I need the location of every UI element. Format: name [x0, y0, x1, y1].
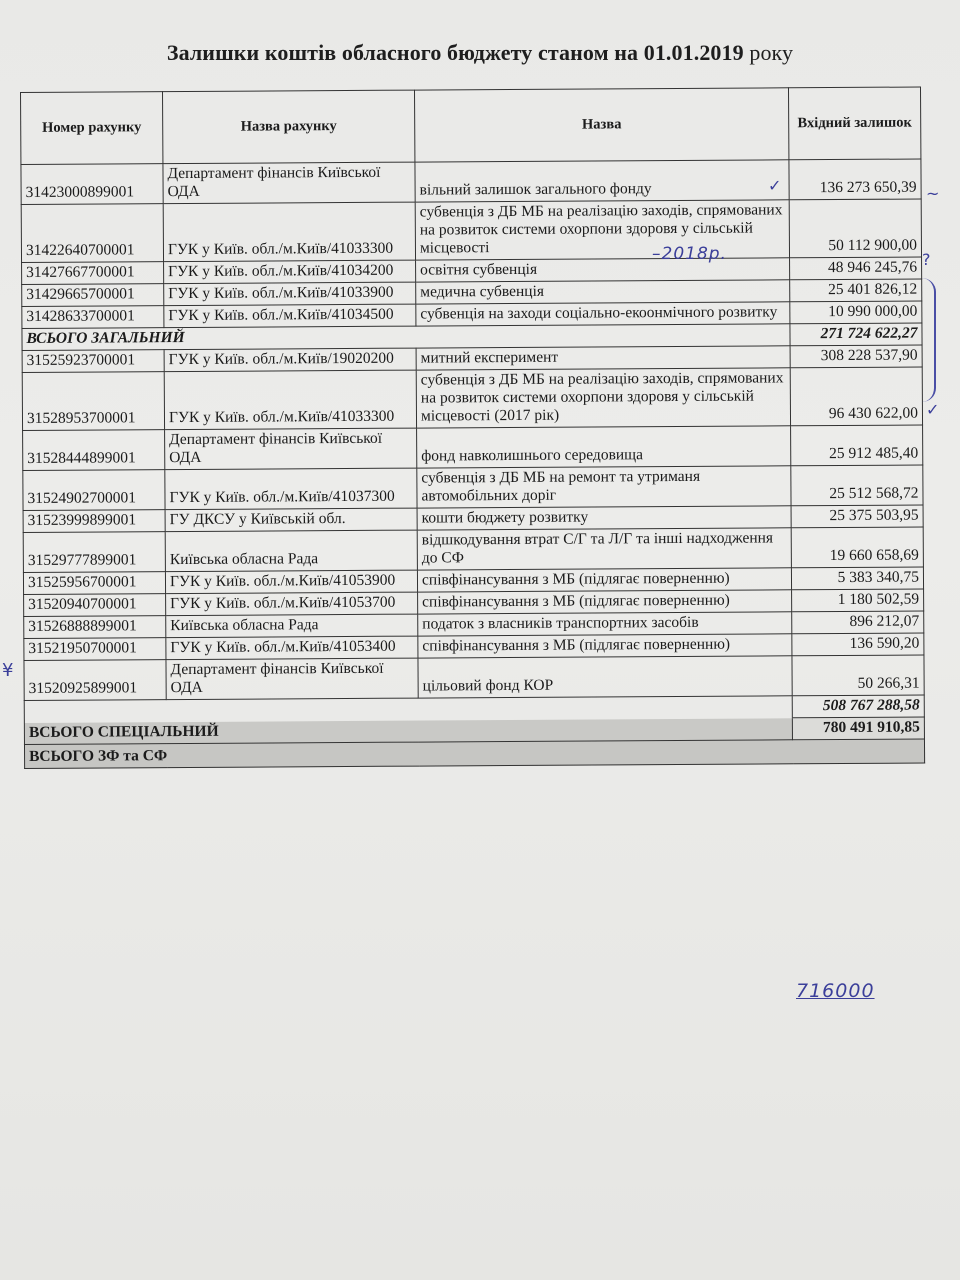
header-name: Назва	[414, 88, 788, 162]
item-name-cell: медична субвенція	[416, 280, 790, 304]
account-name-cell: ГУ ДКСУ у Київській обл.	[165, 508, 417, 532]
item-name-cell: освітня субвенція	[416, 258, 790, 282]
item-name-cell: субвенція на заходи соціально-екоонмічно…	[416, 302, 790, 326]
item-name-cell: співфінансування з МБ (підлягає повернен…	[417, 568, 791, 592]
item-name-cell: відшкодування втрат С/Г та Л/Г та інші н…	[417, 528, 791, 570]
item-name-cell: цільовий фонд КОР	[418, 656, 792, 698]
balance-cell: 896 212,07	[792, 611, 924, 634]
header-opening-balance: Вхідний залишок	[788, 87, 920, 160]
general-total-value: 271 724 622,27	[790, 323, 922, 346]
account-name-cell: ГУК у Київ. обл./м.Київ/41053700	[166, 592, 418, 616]
special-total-value: 508 767 288,58	[792, 695, 924, 718]
item-name-cell: податок з власників транспортних засобів	[418, 612, 792, 636]
header-account-number: Номер рахунку	[21, 92, 163, 165]
account-number-cell: 31525956700001	[23, 572, 165, 595]
handwritten-margin-mark-icon: ¥	[2, 660, 13, 681]
account-name-cell: ГУК у Київ. обл./м.Київ/41033300	[164, 370, 416, 430]
account-number-cell: 31429665700001	[22, 284, 164, 307]
account-number-cell: 31524902700001	[23, 470, 165, 511]
table-row: 31524902700001ГУК у Київ. обл./м.Київ/41…	[23, 465, 923, 510]
item-name-cell: субвенція з ДБ МБ на ремонт та утриманя …	[417, 466, 791, 508]
balance-cell: 10 990 000,00	[790, 301, 922, 324]
item-name-cell: митний експеримент	[416, 346, 790, 370]
account-number-cell: 31528444899001	[23, 430, 165, 471]
item-name-cell: субвенція з ДБ МБ на реалізацію заходів,…	[415, 200, 789, 260]
item-name-cell: вільний залишок загального фонду	[415, 160, 789, 202]
account-number-cell: 31422640700001	[21, 204, 163, 263]
account-number-cell: 31423000899001	[21, 164, 163, 205]
handwritten-tick-icon: ✓	[926, 400, 939, 419]
handwritten-bracket-icon: ?	[922, 250, 931, 269]
header-account-name: Назва рахунку	[163, 90, 415, 164]
table-row: 31528444899001Департамент фінансів Київс…	[23, 425, 923, 470]
grand-total-row: ВСЬОГО ЗФ та СФ	[24, 739, 924, 768]
balance-cell: 50 112 900,00	[789, 199, 921, 258]
handwritten-year-note: –2018р.	[652, 244, 727, 264]
scanned-document-page: Залишки коштів обласного бюджету станом …	[0, 0, 960, 1280]
item-name-cell: співфінансування з МБ (підлягає повернен…	[418, 590, 792, 614]
item-name-cell: співфінансування з МБ (підлягає повернен…	[418, 634, 792, 658]
grand-total-label: ВСЬОГО ЗФ та СФ	[24, 739, 924, 768]
account-name-cell: ГУК у Київ. обл./м.Київ/41053900	[165, 570, 417, 594]
account-name-cell: ГУК у Київ. обл./м.Київ/41033300	[163, 202, 415, 262]
account-name-cell: Департамент фінансів Київської ОДА	[165, 428, 417, 470]
account-number-cell: 31428633700001	[22, 306, 164, 329]
title-tail: року	[749, 40, 793, 65]
account-number-cell: 31523999899001	[23, 510, 165, 533]
account-name-cell: ГУК у Київ. обл./м.Київ/41034500	[164, 304, 416, 328]
balance-cell: 25 401 826,12	[790, 279, 922, 302]
account-number-cell: 31529777899001	[23, 532, 165, 573]
general-fund-rows: 31423000899001Департамент фінансів Київс…	[21, 159, 922, 328]
document-title: Залишки коштів обласного бюджету станом …	[0, 40, 960, 66]
handwritten-tick-icon: ~	[926, 184, 939, 203]
handwritten-check-icon: ✓	[768, 176, 781, 195]
account-name-cell: ГУК у Київ. обл./м.Київ/41037300	[165, 468, 417, 510]
table-row: 31528953700001ГУК у Київ. обл./м.Київ/41…	[22, 367, 922, 430]
account-name-cell: Київська обласна Рада	[166, 614, 418, 638]
account-name-cell: Департамент фінансів Київської ОДА	[166, 658, 418, 700]
balance-cell: 25 512 568,72	[791, 465, 923, 506]
balance-cell: 19 660 658,69	[791, 527, 923, 568]
balance-cell: 308 228 537,90	[790, 345, 922, 368]
account-name-cell: ГУК у Київ. обл./м.Київ/41034200	[164, 260, 416, 284]
balance-cell: 96 430 622,00	[790, 367, 922, 426]
account-number-cell: 31520940700001	[24, 594, 166, 617]
account-name-cell: ГУК у Київ. обл./м.Київ/41033900	[164, 282, 416, 306]
balance-cell: 5 383 340,75	[791, 567, 923, 590]
balance-cell: 1 180 502,59	[792, 589, 924, 612]
balance-cell: 136 590,20	[792, 633, 924, 656]
account-number-cell: 31526888899001	[24, 616, 166, 639]
account-number-cell: 31528953700001	[22, 372, 164, 431]
handwritten-brace-icon	[920, 278, 936, 402]
balance-cell: 136 273 650,39	[789, 159, 921, 200]
special-fund-rows: 31525923700001ГУК у Київ. обл./м.Київ/19…	[22, 345, 924, 700]
table-header-row: Номер рахунку Назва рахунку Назва Вхідни…	[21, 87, 921, 164]
balance-cell: 25 375 503,95	[791, 505, 923, 528]
table-row: 31520925899001Департамент фінансів Київс…	[24, 655, 924, 700]
table-row: 31529777899001Київська обласна Радавідшк…	[23, 527, 923, 572]
account-number-cell: 31525923700001	[22, 350, 164, 373]
balance-cell: 48 946 245,76	[790, 257, 922, 280]
account-name-cell: ГУК у Київ. обл./м.Київ/19020200	[164, 348, 416, 372]
account-number-cell: 31521950700001	[24, 638, 166, 661]
grand-total-value: 780 491 910,85	[792, 717, 924, 740]
account-name-cell: ГУК у Київ. обл./м.Київ/41053400	[166, 636, 418, 660]
budget-balance-table: Номер рахунку Назва рахунку Назва Вхідни…	[20, 86, 925, 768]
account-number-cell: 31520925899001	[24, 660, 166, 701]
balance-cell: 50 266,31	[792, 655, 924, 696]
title-main: Залишки коштів обласного бюджету станом …	[167, 40, 744, 65]
table-row: 31423000899001Департамент фінансів Київс…	[21, 159, 921, 204]
item-name-cell: субвенція з ДБ МБ на реалізацію заходів,…	[416, 368, 790, 428]
account-name-cell: Київська обласна Рада	[165, 530, 417, 572]
table-row: 31422640700001ГУК у Київ. обл./м.Київ/41…	[21, 199, 921, 262]
item-name-cell: кошти бюджету розвитку	[417, 506, 791, 530]
account-number-cell: 31427667700001	[22, 262, 164, 285]
handwritten-bottom-note: 716000	[796, 980, 875, 1002]
item-name-cell: фонд навколишнього середовища	[417, 426, 791, 468]
account-name-cell: Департамент фінансів Київської ОДА	[163, 162, 415, 204]
balance-cell: 25 912 485,40	[791, 425, 923, 466]
